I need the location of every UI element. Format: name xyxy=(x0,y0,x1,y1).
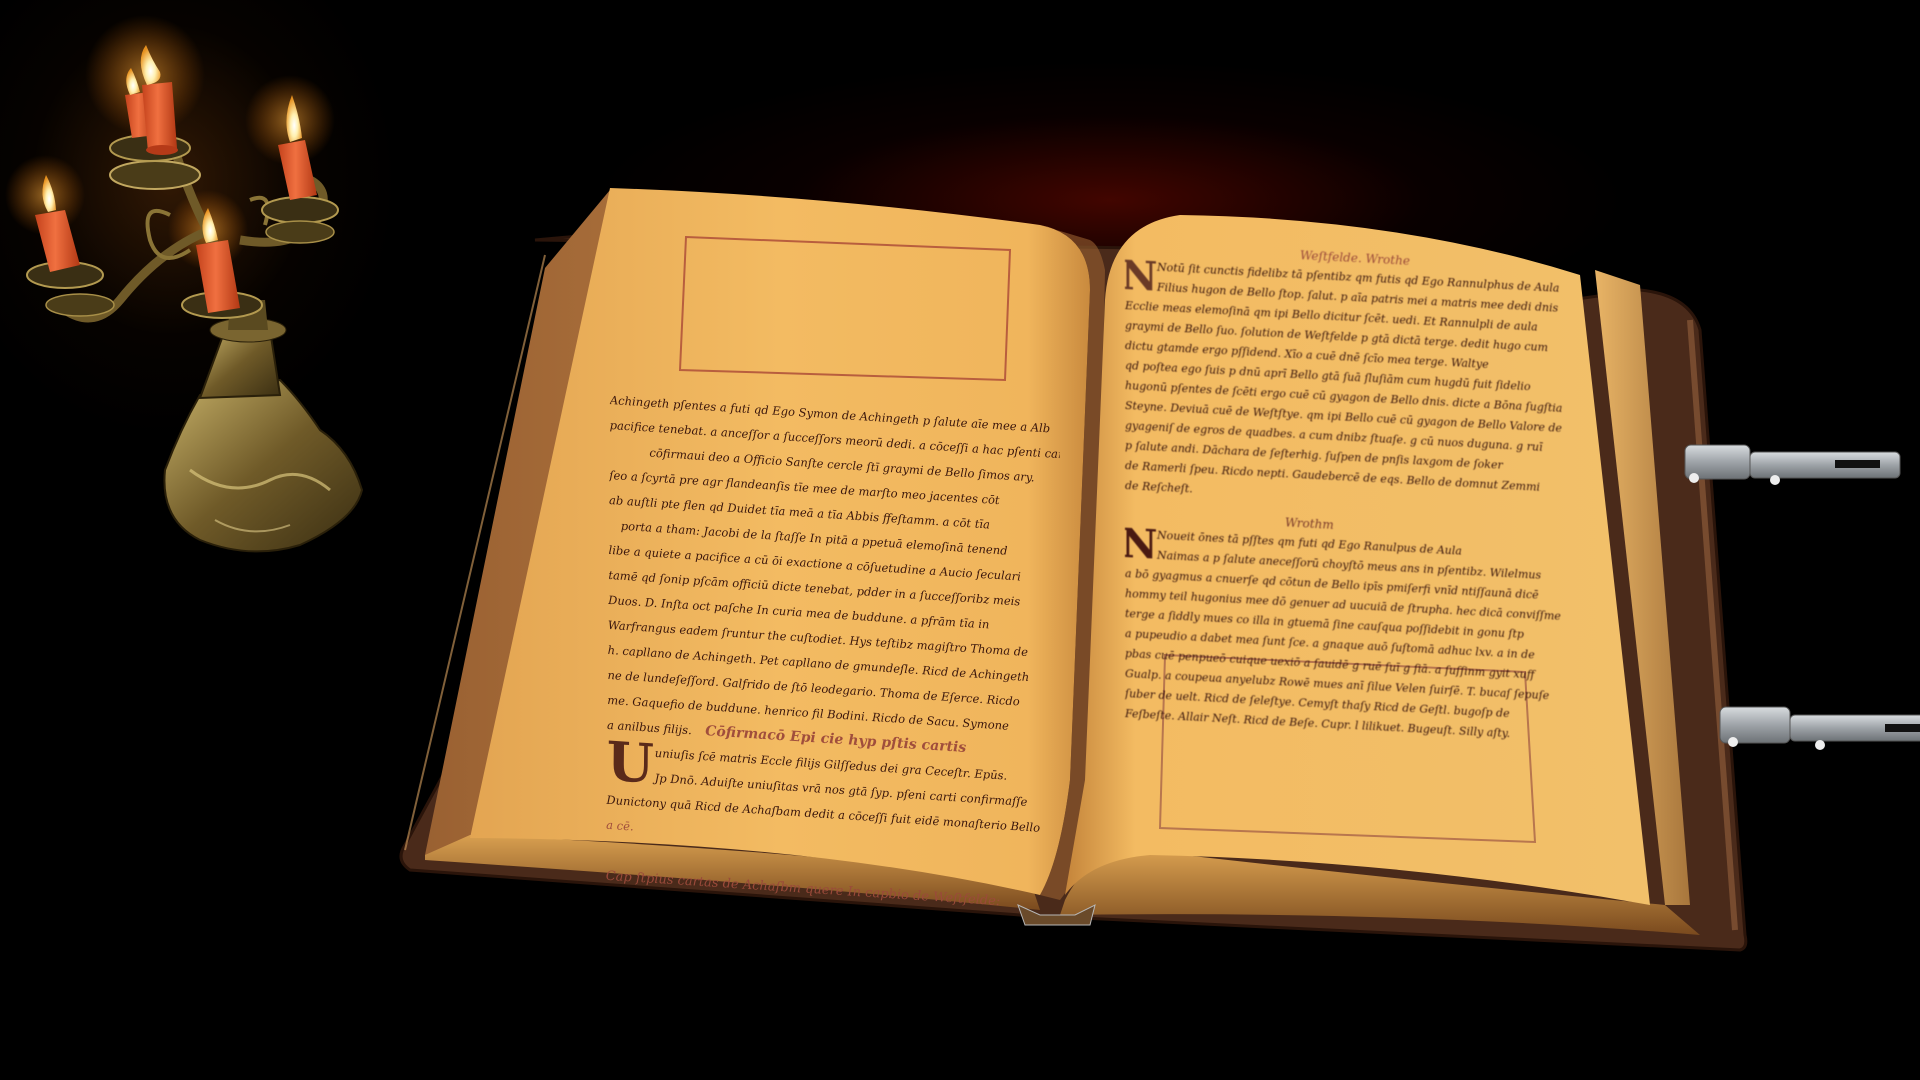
lower-clasp xyxy=(1720,707,1920,750)
right-page-text: Weſtfelde. Wrothe N Notū ſit cunctis fid… xyxy=(1125,236,1585,748)
left-page-text: Achingeth pſentes a futi qd Ego Symon de… xyxy=(606,388,1060,918)
illuminated-initial: N xyxy=(1125,256,1158,298)
illuminated-initial: N xyxy=(1125,524,1158,566)
upper-clasp xyxy=(1685,445,1900,485)
illuminated-initial: U xyxy=(607,734,655,791)
candelabra xyxy=(5,15,362,551)
